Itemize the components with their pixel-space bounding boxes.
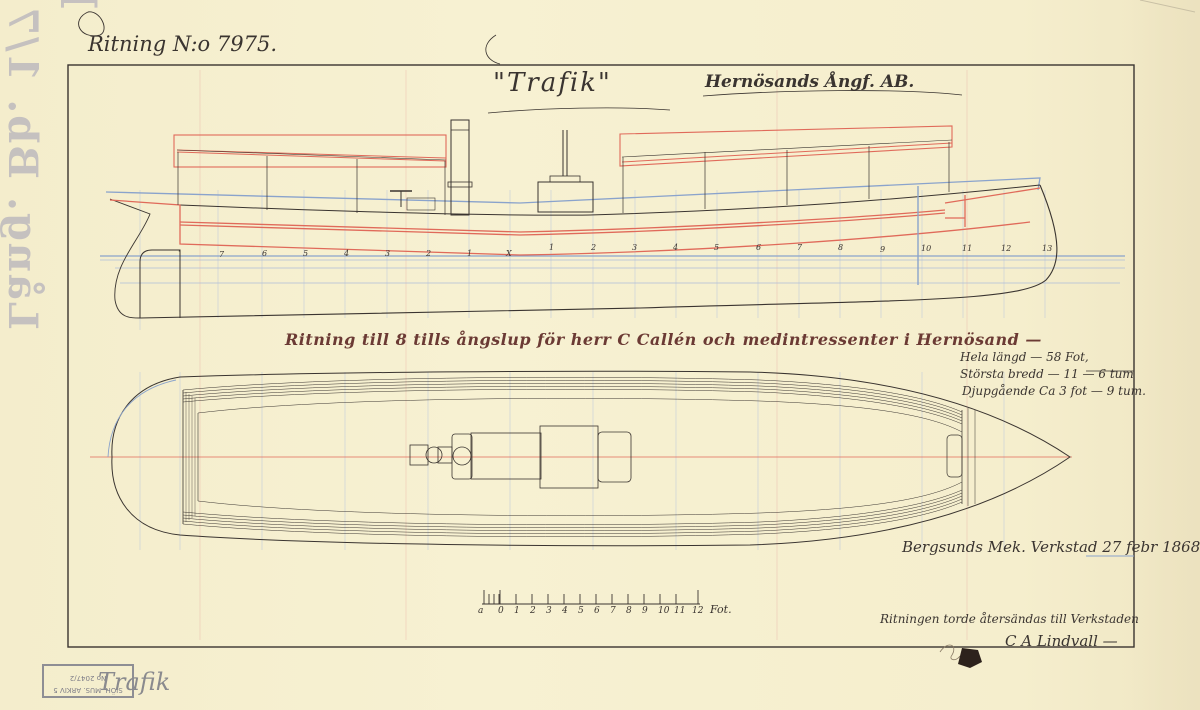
scale-label: 10 bbox=[658, 606, 669, 616]
owner-company: Hernösands Ångf. AB. bbox=[705, 72, 914, 92]
scale-label: a bbox=[478, 606, 483, 616]
scale-label: 2 bbox=[530, 606, 536, 616]
svg-text:6: 6 bbox=[756, 243, 761, 252]
svg-text:2: 2 bbox=[425, 249, 431, 258]
scale-label: 1 bbox=[514, 606, 520, 616]
svg-text:1: 1 bbox=[467, 249, 472, 258]
yard-and-date: Bergsunds Mek. Verkstad 27 febr 1868. bbox=[902, 538, 1200, 556]
drawing-number: Ritning N:o 7975. bbox=[88, 32, 277, 56]
svg-text:·: · bbox=[178, 247, 181, 256]
vessel-name: "Trafik" bbox=[493, 68, 612, 98]
scale-bar bbox=[482, 590, 700, 604]
signature: C A Lindvall — bbox=[1005, 632, 1118, 650]
ink-blot bbox=[958, 648, 982, 668]
svg-text:6: 6 bbox=[262, 249, 267, 258]
svg-text:11: 11 bbox=[962, 244, 972, 253]
dimension-beam: Största bredd — 11 — 6 tum bbox=[960, 367, 1134, 381]
svg-text:X: X bbox=[505, 249, 512, 258]
svg-text:9: 9 bbox=[880, 245, 885, 254]
svg-text:4: 4 bbox=[672, 243, 678, 252]
svg-text:5: 5 bbox=[303, 249, 308, 258]
svg-text:13: 13 bbox=[1042, 244, 1052, 253]
scale-label: 5 bbox=[578, 606, 584, 616]
drawing-title: Ritning till 8 tills ångslup för herr C … bbox=[285, 330, 1042, 349]
svg-text:10: 10 bbox=[921, 244, 931, 253]
svg-text:2: 2 bbox=[590, 243, 596, 252]
svg-text:5: 5 bbox=[714, 243, 719, 252]
scale-label: 8 bbox=[626, 606, 632, 616]
svg-text:4: 4 bbox=[343, 249, 349, 258]
svg-text:12: 12 bbox=[1001, 244, 1011, 253]
scale-label: 9 bbox=[642, 606, 648, 616]
scale-label: 7 bbox=[610, 606, 616, 616]
scale-label: 6 bbox=[594, 606, 600, 616]
pencil-note: Trafik bbox=[98, 668, 170, 696]
scale-label: 0 bbox=[498, 606, 504, 616]
dimension-length: Hela längd — 58 Fot, bbox=[960, 350, 1089, 364]
profile-view bbox=[100, 120, 1125, 318]
scale-label: 3 bbox=[546, 606, 552, 616]
svg-text:8: 8 bbox=[838, 243, 843, 252]
scale-unit: Fot. bbox=[710, 603, 732, 616]
svg-text:7: 7 bbox=[219, 250, 225, 259]
svg-text:3: 3 bbox=[385, 249, 390, 258]
red-guide-lines bbox=[200, 70, 967, 640]
svg-text:3: 3 bbox=[632, 243, 637, 252]
scale-label: 4 bbox=[562, 606, 568, 616]
return-instruction: Ritningen torde återsändas till Verkstad… bbox=[880, 612, 1139, 626]
svg-text:1: 1 bbox=[549, 243, 554, 252]
plan-view bbox=[90, 371, 1072, 545]
dimension-draught: Djupgående Ca 3 fot — 9 tum. bbox=[962, 384, 1146, 398]
scale-label: 12 bbox=[692, 606, 703, 616]
scale-label: 11 bbox=[674, 606, 685, 616]
svg-text:7: 7 bbox=[797, 243, 803, 252]
